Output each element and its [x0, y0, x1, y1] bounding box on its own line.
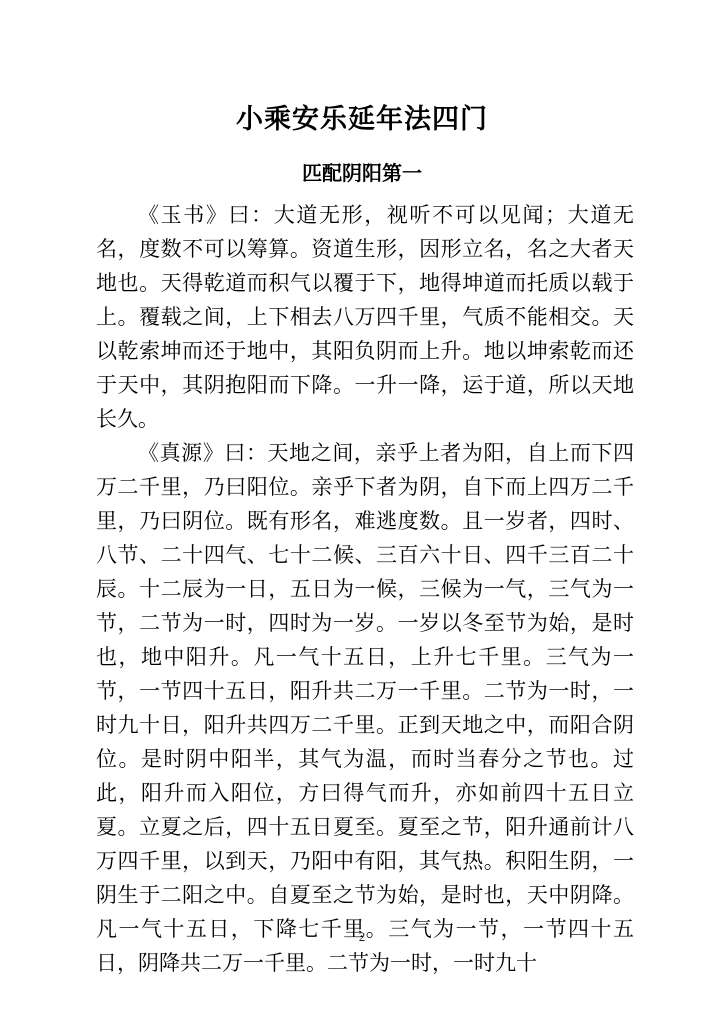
- document-page: 小乘安乐延年法四门 匹配阴阳第一 《玉书》曰：大道无形，视听不可以见闻；大道无名…: [0, 0, 724, 1024]
- page-number: 2: [0, 929, 724, 945]
- document-title: 小乘安乐延年法四门: [0, 102, 724, 136]
- paragraph-yushu: 《玉书》曰：大道无形，视听不可以见闻；大道无名，度数不可以筹算。资道生形，因形立…: [96, 198, 634, 436]
- document-body: 《玉书》曰：大道无形，视听不可以见闻；大道无名，度数不可以筹算。资道生形，因形立…: [96, 198, 634, 980]
- section-heading: 匹配阴阳第一: [0, 161, 724, 187]
- paragraph-zhenyuan: 《真源》曰：天地之间，亲乎上者为阳，自上而下四万二千里，乃曰阳位。亲乎下者为阴，…: [96, 436, 634, 980]
